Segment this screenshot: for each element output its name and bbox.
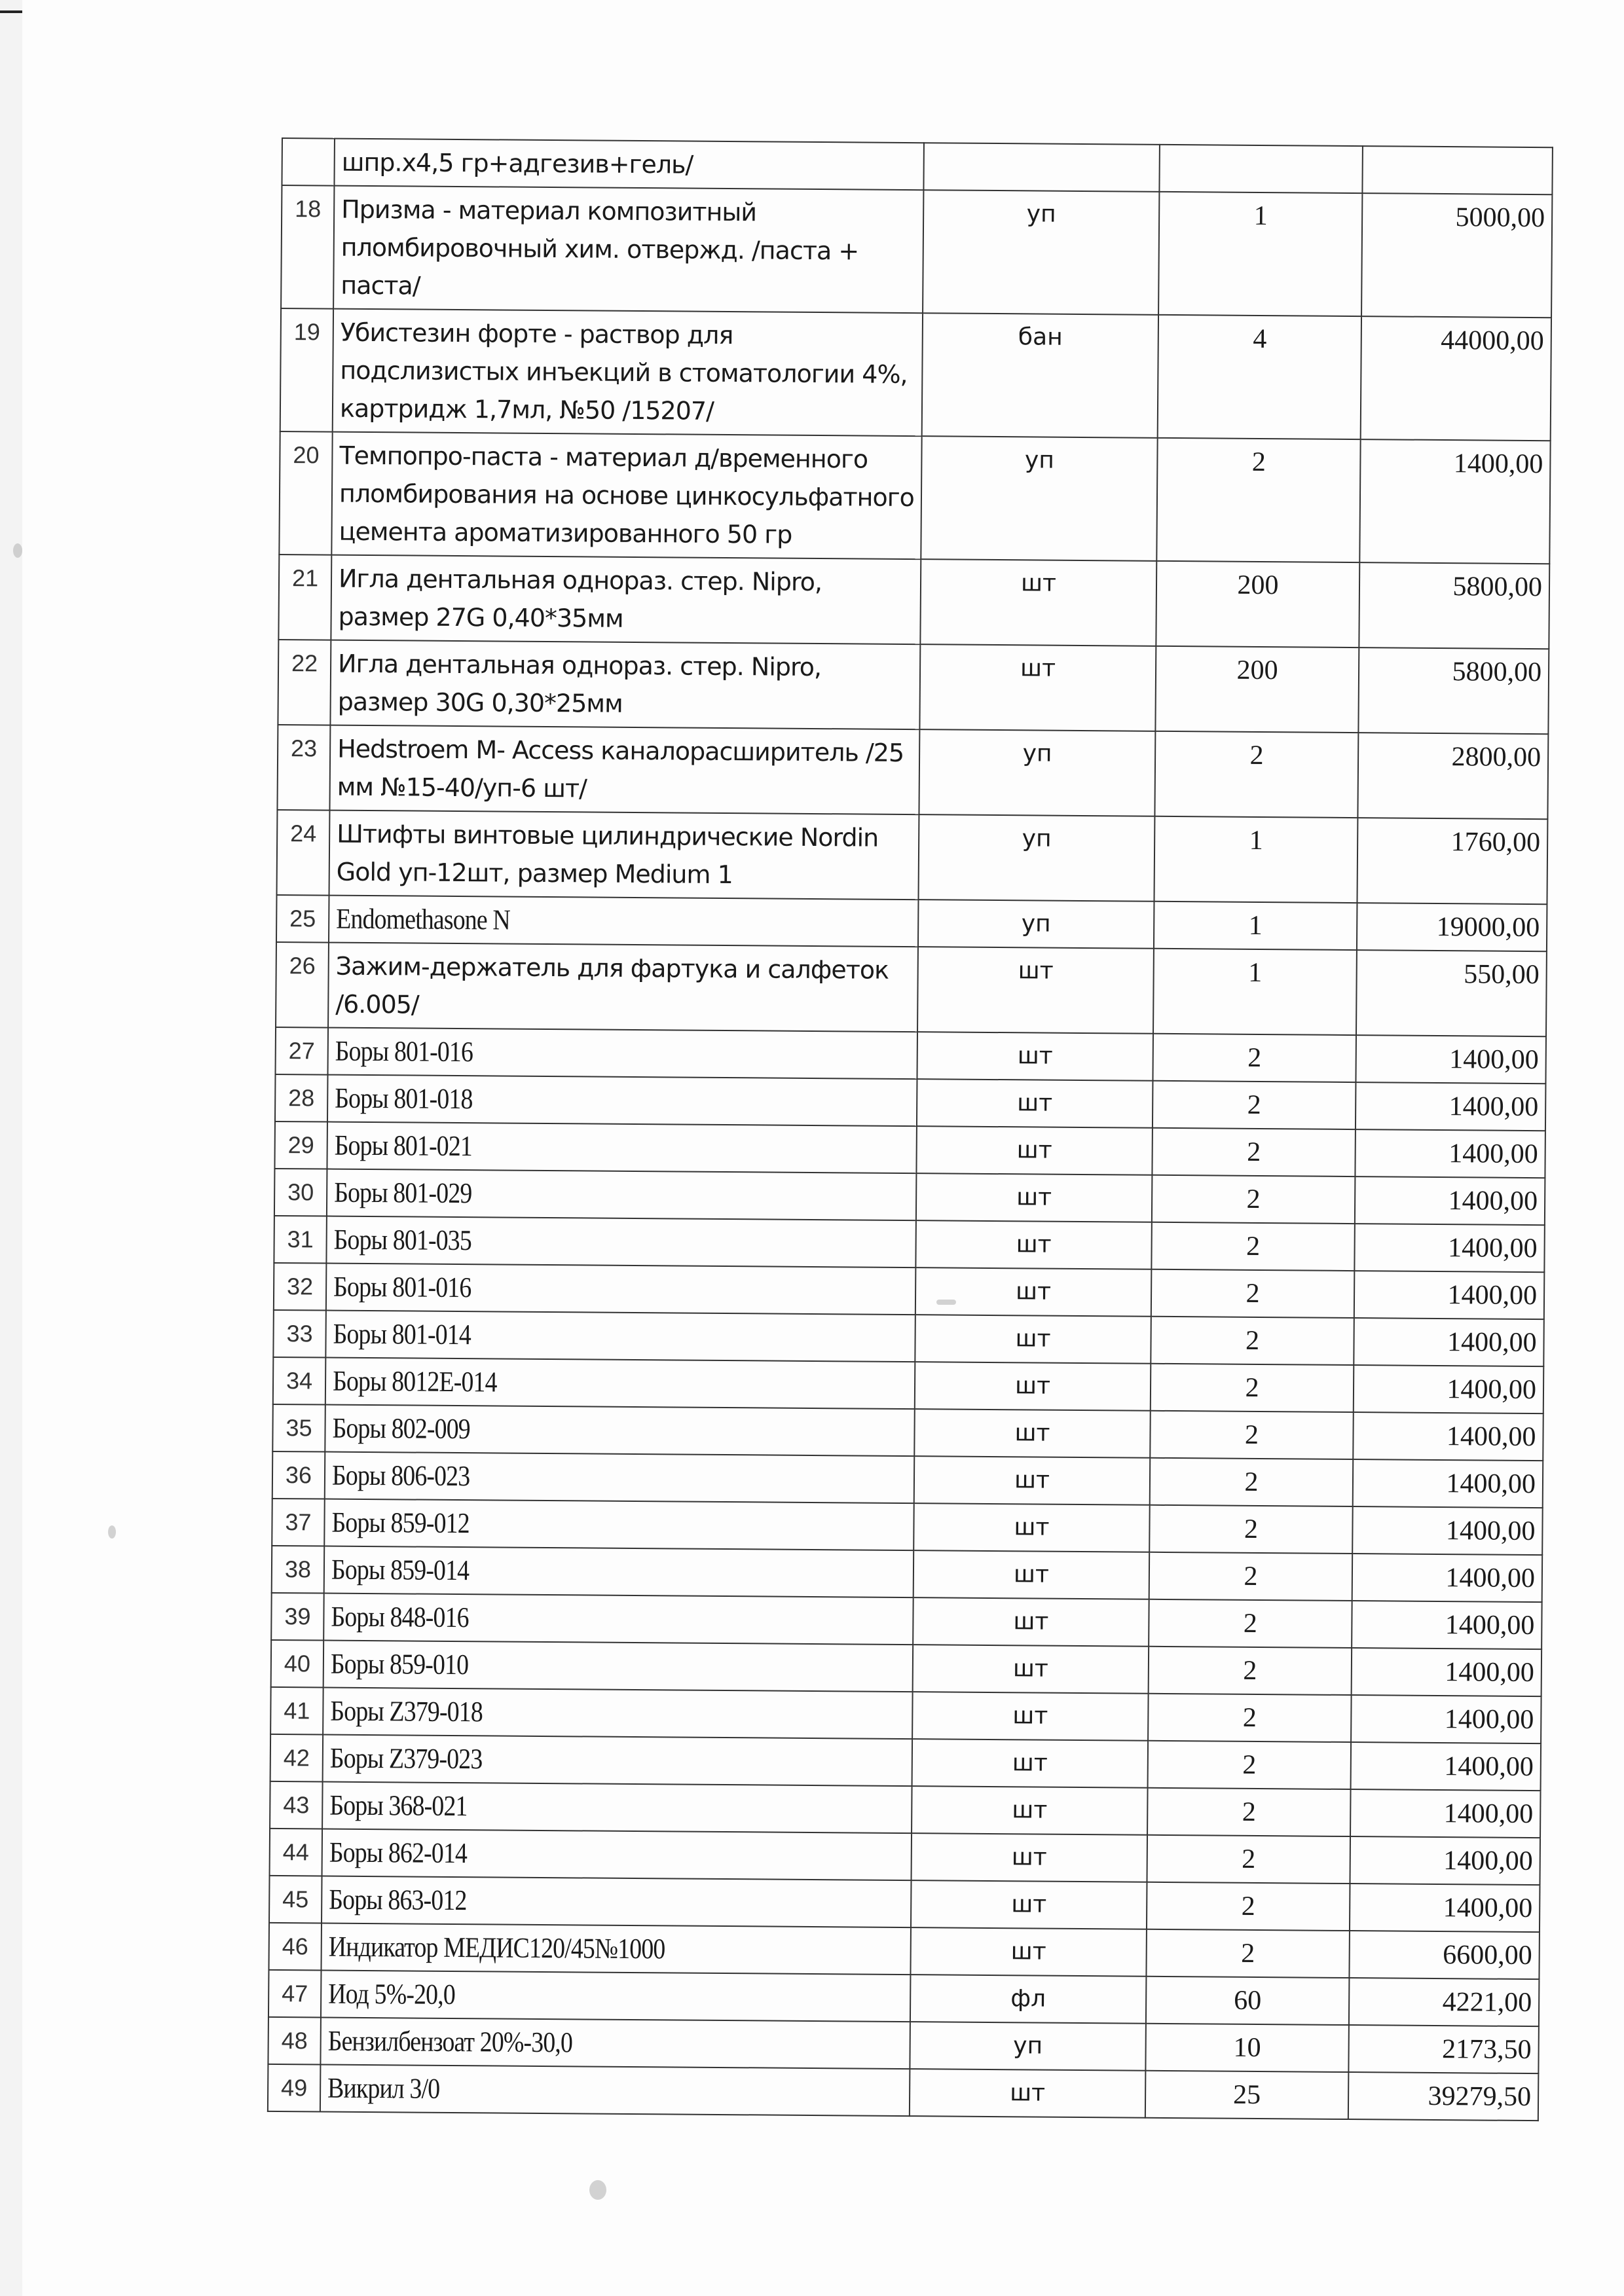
item-unit: уп (1027, 200, 1056, 227)
item-unit: уп (1022, 825, 1052, 852)
item-price: 1400,00 (1445, 1704, 1534, 1735)
item-number: 47 (282, 1980, 308, 2007)
item-quantity: 2 (1246, 1326, 1259, 1356)
item-unit: шт (1011, 1938, 1046, 1965)
item-number: 39 (284, 1603, 310, 1630)
item-name: Игла дентальная однораз. стер. Nipro, ра… (338, 564, 822, 633)
item-number: 46 (282, 1933, 308, 1959)
item-name: Боры 801-021 (335, 1127, 829, 1169)
item-unit: шт (1014, 1419, 1050, 1446)
item-name: Темпопро-паста - материал д/временного п… (339, 441, 914, 549)
item-unit: фл (1010, 1985, 1046, 2012)
item-name: Боры Z379-018 (330, 1692, 824, 1734)
item-price: 1400,00 (1443, 1893, 1533, 1923)
item-name: Убистезин форте - раствор для подслизист… (340, 318, 908, 426)
item-number: 22 (291, 649, 318, 676)
item-number: 26 (289, 952, 316, 979)
item-quantity: 1 (1249, 826, 1263, 856)
item-quantity: 1 (1248, 958, 1262, 988)
table-row: 21Игла дентальная однораз. стер. Nipro, … (278, 555, 1549, 649)
item-price: 1400,00 (1447, 1374, 1536, 1405)
item-name: Индикатор МЕДИС120/45№1000 (329, 1928, 823, 1970)
item-name: Викрил 3/0 (327, 2069, 822, 2111)
item-unit: уп (1023, 740, 1052, 767)
scan-left-edge (0, 0, 22, 2296)
item-price: 6600,00 (1443, 1940, 1532, 1971)
item-price: 1400,00 (1448, 1233, 1538, 1264)
item-name: Боры 802-009 (332, 1410, 826, 1451)
item-number: 25 (289, 905, 316, 932)
item-quantity: 2 (1246, 1231, 1260, 1262)
item-price: 5800,00 (1452, 657, 1541, 687)
scan-speck (108, 1525, 116, 1539)
item-number: 44 (283, 1838, 309, 1865)
scan-speck (589, 2180, 606, 2200)
table-row: 18Призма - материал композитный пломбиро… (281, 185, 1552, 318)
item-name: Иод 5%-20,0 (328, 1975, 822, 2017)
item-price: 5000,00 (1455, 202, 1545, 233)
item-unit: шт (1014, 1514, 1049, 1540)
item-quantity: 1 (1249, 911, 1263, 941)
item-price: 550,00 (1464, 959, 1540, 990)
item-quantity: 25 (1233, 2080, 1261, 2110)
item-unit: шт (1020, 655, 1056, 682)
item-quantity: 2 (1242, 1891, 1255, 1922)
table-row: 26Зажим-держатель для фартука и салфеток… (276, 942, 1547, 1036)
item-name: шпр.х4,5 гр+адгезив+гель/ (334, 139, 924, 191)
item-unit: шт (1016, 1278, 1051, 1305)
item-name: Боры 859-014 (331, 1551, 826, 1593)
item-name: Боры Z379-023 (330, 1740, 824, 1781)
item-quantity: 2 (1245, 1420, 1259, 1450)
table-row: 22Игла дентальная однораз. стер. Nipro, … (278, 640, 1549, 734)
item-quantity: 2 (1249, 740, 1263, 771)
item-price: 4221,00 (1443, 1987, 1532, 2018)
table-row: 19Убистезин форте - раствор для подслизи… (280, 308, 1551, 441)
item-number: 28 (288, 1084, 314, 1111)
item-quantity: 2 (1244, 1514, 1258, 1544)
item-price: 1400,00 (1443, 1846, 1533, 1876)
item-unit: шт (1017, 1137, 1052, 1163)
item-unit: бан (1018, 323, 1063, 350)
item-unit: шт (1012, 1749, 1048, 1776)
item-name: Боры 863-012 (329, 1881, 823, 1923)
item-number: 29 (288, 1131, 314, 1158)
document-page: шпр.х4,5 гр+адгезив+гель/ 18Призма - мат… (267, 137, 1552, 2121)
item-unit: уп (1013, 2032, 1043, 2059)
item-number: 20 (293, 441, 319, 468)
item-quantity: 2 (1244, 1467, 1258, 1497)
item-number: 33 (286, 1320, 312, 1347)
item-number: 23 (291, 735, 317, 761)
item-name: Боры 801-016 (333, 1268, 828, 1310)
item-number: 40 (284, 1650, 310, 1677)
item-quantity: 2 (1244, 1561, 1257, 1592)
item-name: Боры 801-029 (334, 1174, 828, 1216)
item-quantity: 2 (1243, 1703, 1257, 1733)
item-price: 39279,50 (1428, 2081, 1531, 2112)
item-quantity: 2 (1243, 1656, 1257, 1686)
item-name: Боры 801-018 (335, 1080, 829, 1121)
scan-speck (13, 543, 22, 558)
item-price: 1400,00 (1446, 1468, 1536, 1499)
item-quantity: 2 (1246, 1279, 1259, 1309)
item-quantity: 2 (1246, 1184, 1260, 1214)
item-number: 48 (282, 2027, 308, 2054)
item-name: Штифты винтовые цилиндрические Nordin Go… (337, 820, 879, 889)
table-row: 24Штифты винтовые цилиндрические Nordin … (277, 810, 1548, 904)
item-name: Боры 848-016 (331, 1598, 825, 1640)
item-unit: уп (1022, 910, 1051, 937)
item-number: 37 (285, 1508, 311, 1535)
item-name: Боры 801-035 (333, 1221, 828, 1263)
item-unit: уп (1025, 446, 1054, 473)
item-quantity: 2 (1244, 1609, 1257, 1639)
item-name: Боры 8012E-014 (333, 1362, 827, 1404)
item-name: Endomethasone N (336, 900, 830, 942)
item-name: Боры 801-014 (333, 1315, 827, 1357)
item-name: Боры 859-010 (331, 1645, 825, 1687)
items-table: шпр.х4,5 гр+адгезив+гель/ 18Призма - мат… (267, 137, 1553, 2121)
item-price: 2800,00 (1451, 742, 1541, 773)
item-price: 1400,00 (1447, 1421, 1536, 1452)
table-row: 20Темпопро-паста - материал д/временного… (279, 431, 1550, 564)
item-quantity: 200 (1237, 570, 1278, 600)
item-quantity: 4 (1253, 324, 1266, 354)
item-price: 1760,00 (1450, 827, 1540, 858)
item-unit: шт (1016, 1231, 1052, 1258)
item-unit: шт (1013, 1655, 1048, 1682)
item-quantity: 1 (1253, 201, 1267, 231)
item-name: Боры 806-023 (332, 1457, 826, 1499)
item-unit: шт (1015, 1372, 1050, 1399)
item-unit: шт (1018, 1042, 1053, 1069)
item-price: 1400,00 (1444, 1798, 1534, 1829)
item-price: 1400,00 (1446, 1516, 1536, 1546)
item-price: 19000,00 (1437, 912, 1540, 943)
item-quantity: 2 (1242, 1750, 1256, 1780)
item-name: Боры 859-012 (331, 1504, 826, 1546)
item-price: 5800,00 (1452, 572, 1542, 602)
item-number: 32 (287, 1273, 313, 1300)
item-number: 36 (286, 1461, 312, 1488)
item-unit: шт (1011, 1891, 1046, 1918)
item-number: 34 (286, 1367, 312, 1394)
item-unit: шт (1021, 570, 1056, 596)
item-number: 42 (284, 1744, 310, 1771)
item-number: 24 (290, 820, 316, 847)
item-number: 45 (282, 1886, 308, 1912)
item-number: 35 (286, 1414, 312, 1441)
item-price: 1400,00 (1449, 1139, 1538, 1169)
item-number: 43 (283, 1791, 309, 1818)
item-number: 41 (284, 1697, 310, 1724)
item-price: 1400,00 (1454, 448, 1543, 479)
item-unit: шт (1013, 1608, 1048, 1635)
item-number: 27 (289, 1037, 315, 1064)
item-unit: шт (1018, 957, 1054, 984)
item-name: Игла дентальная однораз. стер. Nipro, ра… (338, 649, 822, 718)
item-number: 31 (287, 1226, 313, 1252)
item-number: 19 (294, 318, 320, 345)
item-name: Зажим-держатель для фартука и салфеток /… (335, 952, 889, 1019)
item-price: 1400,00 (1447, 1280, 1537, 1311)
item-name: Боры 368-021 (329, 1787, 824, 1829)
item-price: 1400,00 (1445, 1563, 1535, 1594)
item-unit: шт (1014, 1467, 1050, 1493)
item-name: Hedstroem M- Access каналорасширитель /2… (337, 735, 904, 803)
item-price: 1400,00 (1448, 1186, 1538, 1216)
item-quantity: 60 (1234, 1986, 1261, 2016)
item-price: 1400,00 (1445, 1657, 1534, 1688)
item-price: 1400,00 (1447, 1327, 1537, 1358)
item-quantity: 2 (1247, 1043, 1261, 1073)
item-price: 1400,00 (1449, 1091, 1539, 1122)
item-name: Боры 862-014 (329, 1834, 824, 1876)
item-quantity: 2 (1245, 1373, 1259, 1403)
item-number: 49 (281, 2074, 307, 2101)
item-quantity: 2 (1247, 1137, 1261, 1167)
item-unit: шт (1010, 2079, 1045, 2106)
item-quantity: 10 (1233, 2033, 1261, 2063)
item-quantity: 2 (1252, 447, 1266, 477)
item-number: 38 (285, 1556, 311, 1582)
item-price: 1400,00 (1444, 1751, 1534, 1782)
item-unit: шт (1017, 1089, 1052, 1116)
item-quantity: 2 (1242, 1797, 1256, 1827)
item-price: 44000,00 (1441, 325, 1544, 356)
item-unit: шт (1012, 1796, 1047, 1823)
item-name: Призма - материал композитный пломбирово… (341, 195, 858, 301)
item-quantity: 200 (1236, 655, 1278, 685)
item-quantity: 2 (1247, 1090, 1261, 1120)
table-row: 23Hedstroem M- Access каналорасширитель … (277, 725, 1548, 819)
item-unit: шт (1014, 1561, 1049, 1588)
item-name: Бензилбензоат 20%-30,0 (327, 2022, 822, 2064)
item-unit: шт (1015, 1325, 1050, 1352)
item-unit: шт (1012, 1702, 1048, 1729)
item-number: 30 (287, 1178, 314, 1205)
item-name: Боры 801-016 (335, 1032, 830, 1074)
item-price: 2173,50 (1442, 2034, 1532, 2065)
item-quantity: 2 (1241, 1939, 1255, 1969)
item-unit: шт (1012, 1844, 1047, 1870)
item-number: 21 (292, 564, 318, 591)
item-number: 18 (295, 195, 321, 222)
item-unit: шт (1016, 1184, 1052, 1211)
table-row: 49Викрил 3/0шт2539279,50 (268, 2064, 1538, 2121)
item-price: 1400,00 (1449, 1044, 1539, 1075)
item-price: 1400,00 (1445, 1610, 1535, 1641)
item-quantity: 2 (1242, 1844, 1255, 1874)
